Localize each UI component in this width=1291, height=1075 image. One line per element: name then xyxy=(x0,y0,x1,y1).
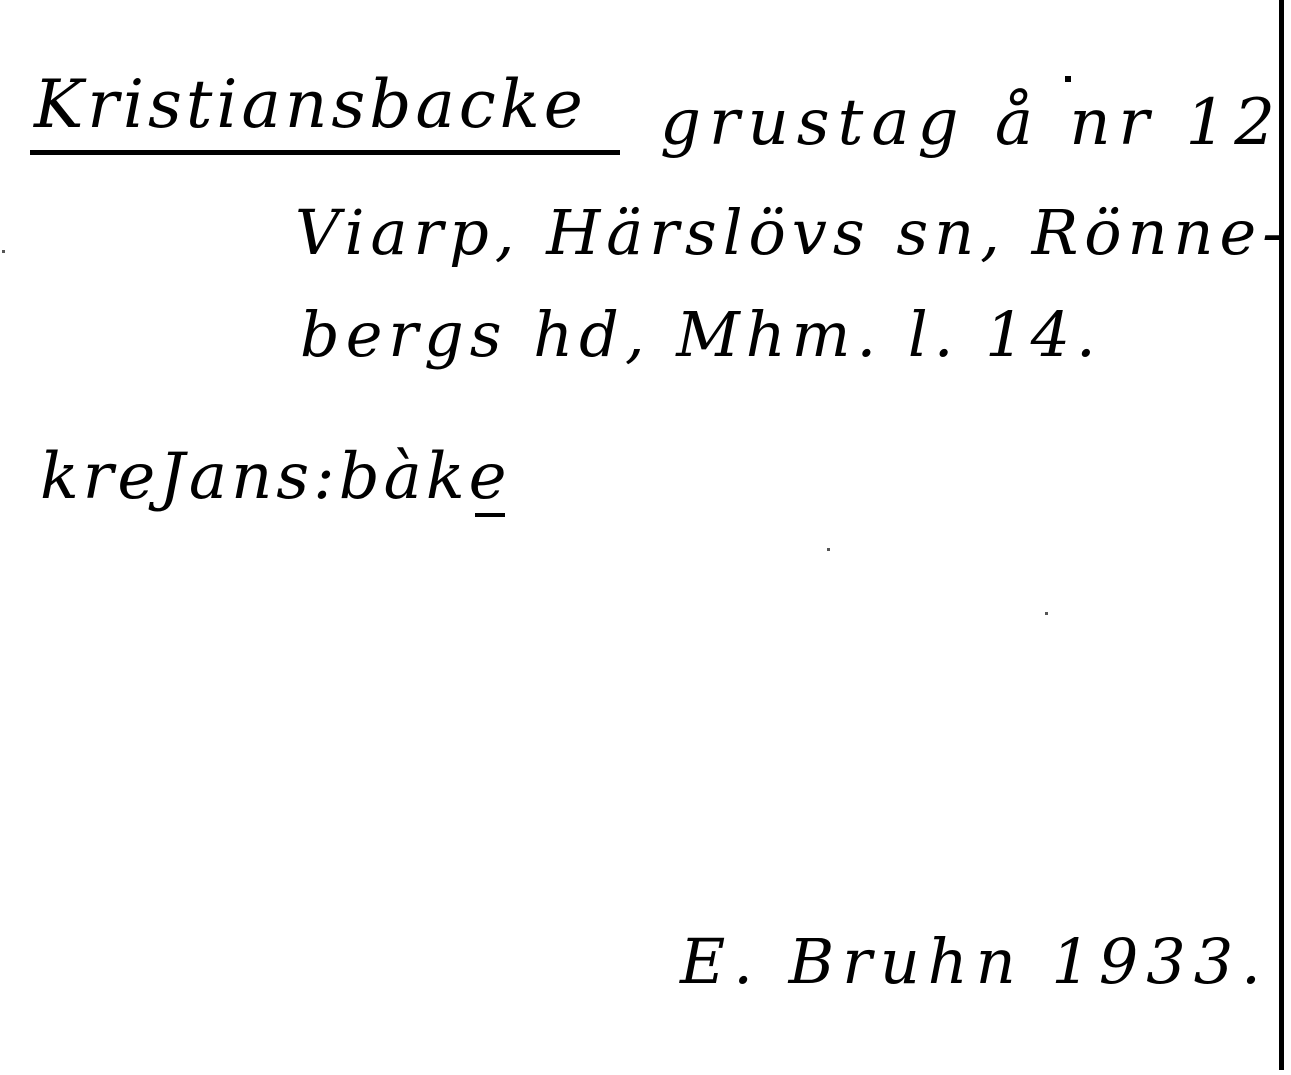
paper-speck xyxy=(2,250,5,253)
description-line-1: grustag å nr 12 xyxy=(660,86,1283,160)
dialect-pronunciation: kreJans:bàke xyxy=(40,440,510,514)
headword-underline xyxy=(30,150,620,155)
location-line-3: bergs hd, Mhm. l. 14. xyxy=(300,298,1102,371)
headword: Kristiansbacke xyxy=(34,66,587,143)
location-line-2: Viarp, Härslövs sn, Rönne- xyxy=(295,196,1289,269)
paper-speck xyxy=(1045,612,1048,615)
dialect-stress-mark xyxy=(475,513,505,517)
ink-dot xyxy=(1065,76,1071,82)
signature-and-year: E. Bruhn 1933. xyxy=(680,925,1269,998)
paper-speck xyxy=(827,548,830,551)
archive-card: Kristiansbacke grustag å nr 12 Viarp, Hä… xyxy=(0,0,1291,1075)
card-right-edge xyxy=(1279,0,1284,1070)
